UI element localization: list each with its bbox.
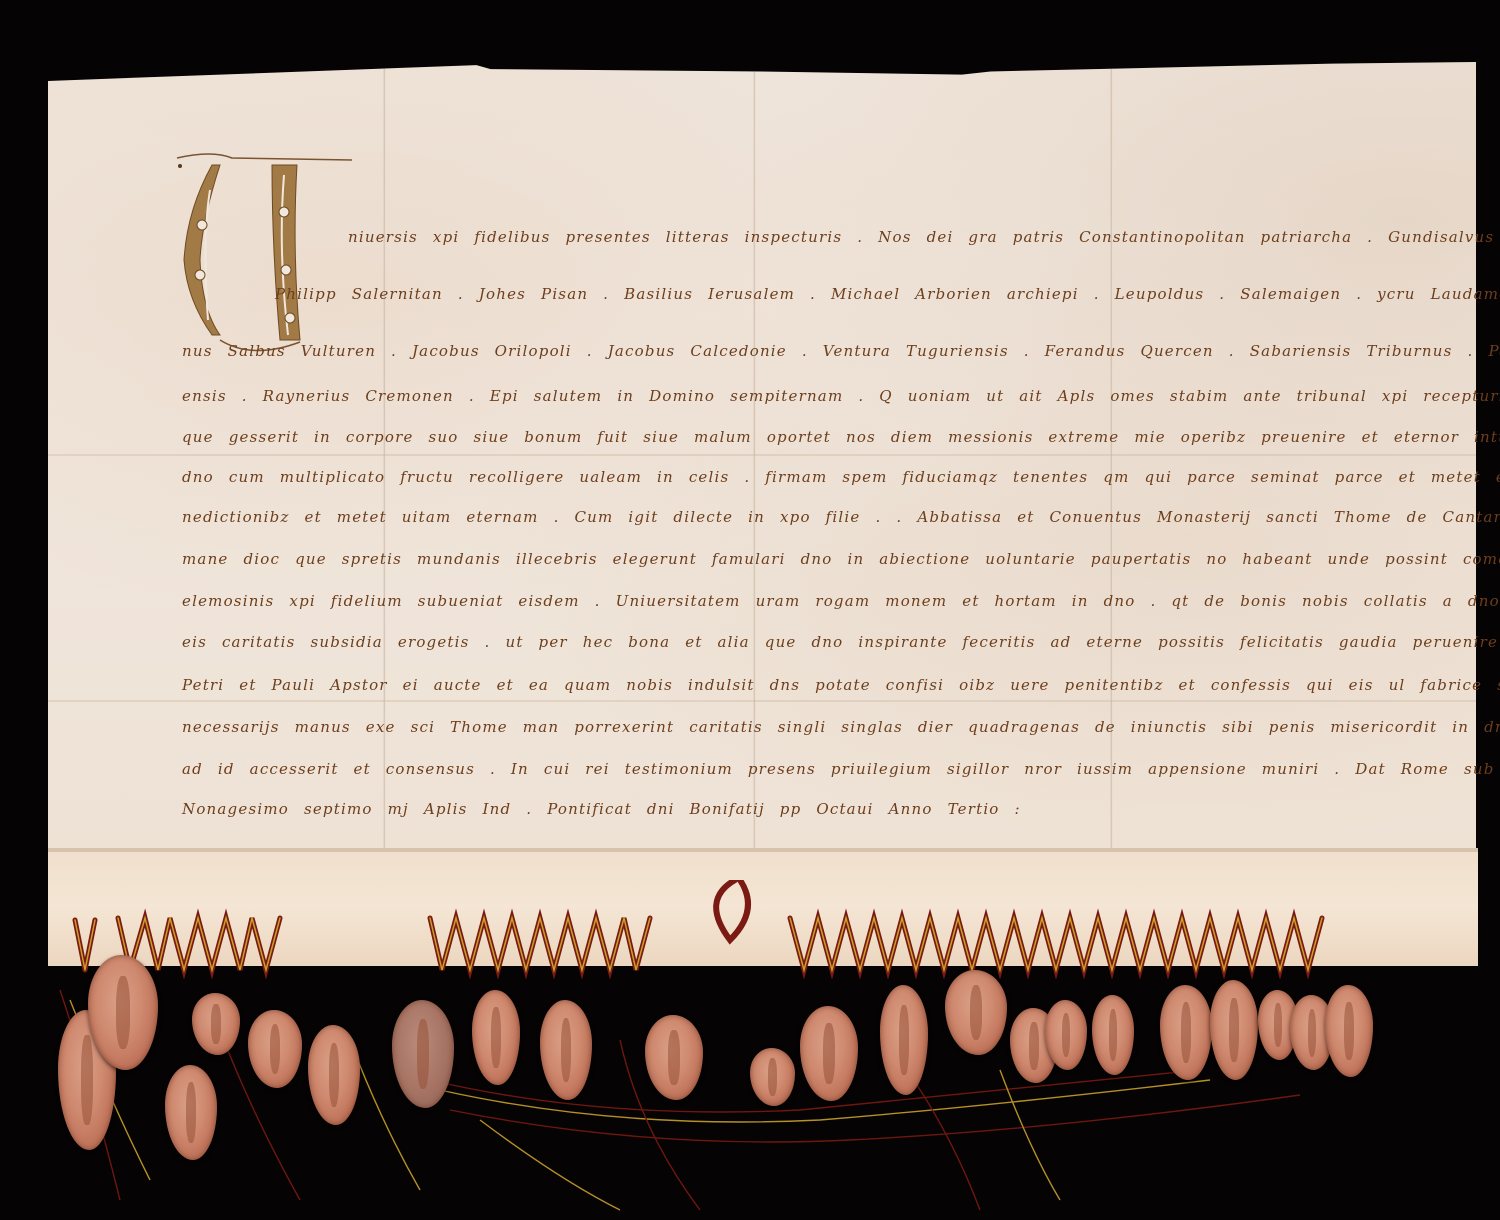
text-line: nedictionibz et metet uitam eternam . Cu… [182,508,1500,526]
text-line: Nonagesimo septimo mj Aplis Ind . Pontif… [182,800,1021,818]
text-line: Philipp Salernitan . Johes Pisan . Basil… [275,285,1500,303]
decorated-initial-u [172,150,357,360]
text-line: necessarijs manus exe sci Thome man porr… [182,718,1500,736]
text-line: mane dioc que spretis mundanis illecebri… [182,550,1500,568]
text-line: dno cum multiplicato fructu recolligere … [182,468,1500,486]
text-line: ensis . Raynerius Cremonen . Epi salutem… [182,387,1500,405]
text-line: elemosinis xpi fidelium subueniat eisdem… [182,592,1500,610]
text-line: niuersis xpi fidelibus presentes littera… [348,228,1500,246]
text-line: que gesserit in corpore suo siue bonum f… [182,428,1500,446]
fold-line [48,454,1476,456]
fold-line [48,700,1476,702]
text-line: nus Salbus Vulturen . Jacobus Orilopoli … [182,342,1500,360]
text-line: ad id accesserit et consensus . In cui r… [182,760,1500,778]
text-line: Petri et Pauli Apstor ei aucte et ea qua… [182,676,1500,694]
text-line: eis caritatis subsidia erogetis . ut per… [182,633,1500,651]
